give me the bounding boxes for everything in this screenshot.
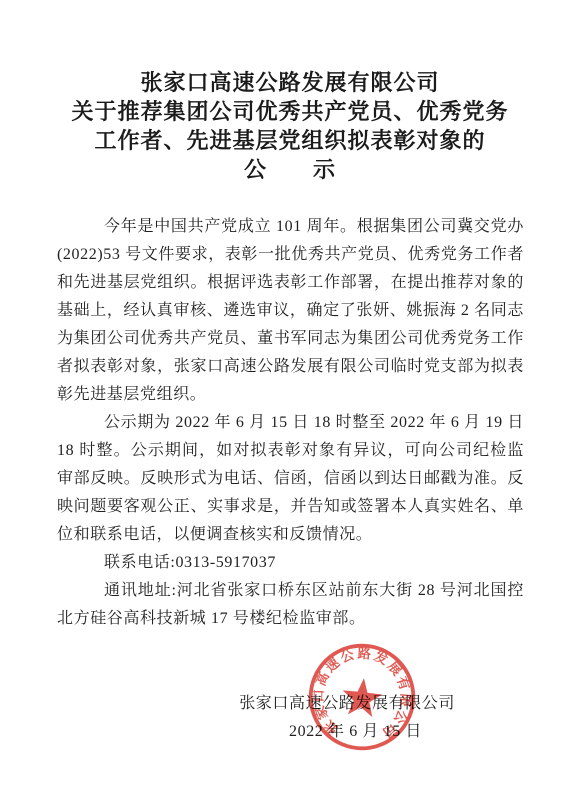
paragraph-intro: 今年是中国共产党成立 101 周年。根据集团公司冀交党办(2022)53 号文件… — [57, 213, 524, 409]
title-line-subject-1: 关于推荐集团公司优秀共产党员、优秀党务 — [0, 97, 580, 126]
title-line-gongshi: 公 示 — [0, 155, 580, 184]
document-body: 今年是中国共产党成立 101 周年。根据集团公司冀交党办(2022)53 号文件… — [57, 213, 524, 633]
paragraph-publicity-period: 公示期为 2022 年 6 月 15 日 18 时整至 2022 年 6 月 1… — [57, 409, 524, 549]
contact-phone-line: 联系电话:0313-5917037 — [57, 549, 524, 577]
signature-block: 张家口高速公路发展有限公司 2022 年 6 月 15 日 — [0, 690, 580, 746]
document-title: 张家口高速公路发展有限公司 关于推荐集团公司优秀共产党员、优秀党务 工作者、先进… — [0, 68, 580, 184]
signature-company: 张家口高速公路发展有限公司 — [0, 690, 580, 718]
signature-date: 2022 年 6 月 15 日 — [0, 718, 580, 746]
mailing-address-line: 通讯地址:河北省张家口桥东区站前东大街 28 号河北国控北方硅谷高科技新城 17… — [57, 577, 524, 633]
title-line-company: 张家口高速公路发展有限公司 — [0, 68, 580, 97]
title-line-subject-2: 工作者、先进基层党组织拟表彰对象的 — [0, 126, 580, 155]
document-page: 张家口高速公路发展有限公司 关于推荐集团公司优秀共产党员、优秀党务 工作者、先进… — [0, 0, 580, 805]
